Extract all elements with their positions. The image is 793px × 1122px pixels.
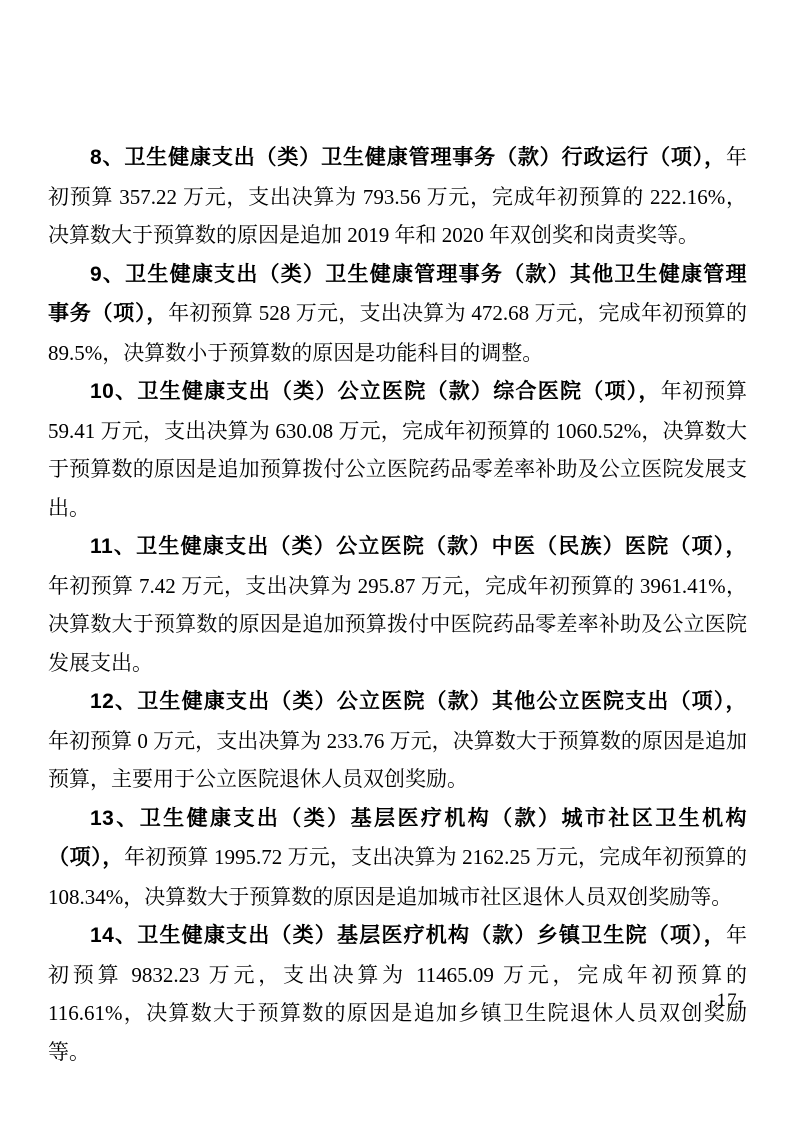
budget-item-paragraph-10: 10、卫生健康支出（类）公立医院（款）综合医院（项），年初预算 59.41 万元…: [48, 372, 747, 527]
item-heading: 11、卫生健康支出（类）公立医院（款）中医（民族）医院（项），: [90, 535, 747, 558]
document-body: 8、卫生健康支出（类）卫生健康管理事务（款）行政运行（项），年初预算 357.2…: [48, 138, 747, 1071]
budget-item-paragraph-12: 12、卫生健康支出（类）公立医院（款）其他公立医院支出（项），年初预算 0 万元…: [48, 682, 747, 799]
item-body-text: 年初预算 7.42 万元，支出决算为 295.87 万元，完成年初预算的 396…: [48, 574, 747, 675]
item-body-text: 年初预算 1995.72 万元，支出决算为 2162.25 万元，完成年初预算的…: [48, 845, 747, 909]
budget-item-paragraph-13: 13、卫生健康支出（类）基层医疗机构（款）城市社区卫生机构（项），年初预算 19…: [48, 799, 747, 917]
document-page: 8、卫生健康支出（类）卫生健康管理事务（款）行政运行（项），年初预算 357.2…: [0, 0, 793, 1122]
item-heading: 14、卫生健康支出（类）基层医疗机构（款）乡镇卫生院（项），: [90, 924, 726, 947]
item-heading: 10、卫生健康支出（类）公立医院（款）综合医院（项），: [90, 380, 661, 403]
page-number: -17-: [709, 990, 745, 1012]
budget-item-paragraph-8: 8、卫生健康支出（类）卫生健康管理事务（款）行政运行（项），年初预算 357.2…: [48, 138, 747, 255]
budget-item-paragraph-9: 9、卫生健康支出（类）卫生健康管理事务（款）其他卫生健康管理事务（项），年初预算…: [48, 255, 747, 373]
item-body-text: 年初预算 0 万元，支出决算为 233.76 万元，决算数大于预算数的原因是追加…: [48, 729, 747, 792]
budget-item-paragraph-11: 11、卫生健康支出（类）公立医院（款）中医（民族）医院（项），年初预算 7.42…: [48, 527, 747, 682]
item-heading: 8、卫生健康支出（类）卫生健康管理事务（款）行政运行（项），: [90, 146, 726, 169]
budget-item-paragraph-14: 14、卫生健康支出（类）基层医疗机构（款）乡镇卫生院（项），年初预算 9832.…: [48, 916, 747, 1071]
item-heading: 12、卫生健康支出（类）公立医院（款）其他公立医院支出（项），: [90, 690, 747, 713]
